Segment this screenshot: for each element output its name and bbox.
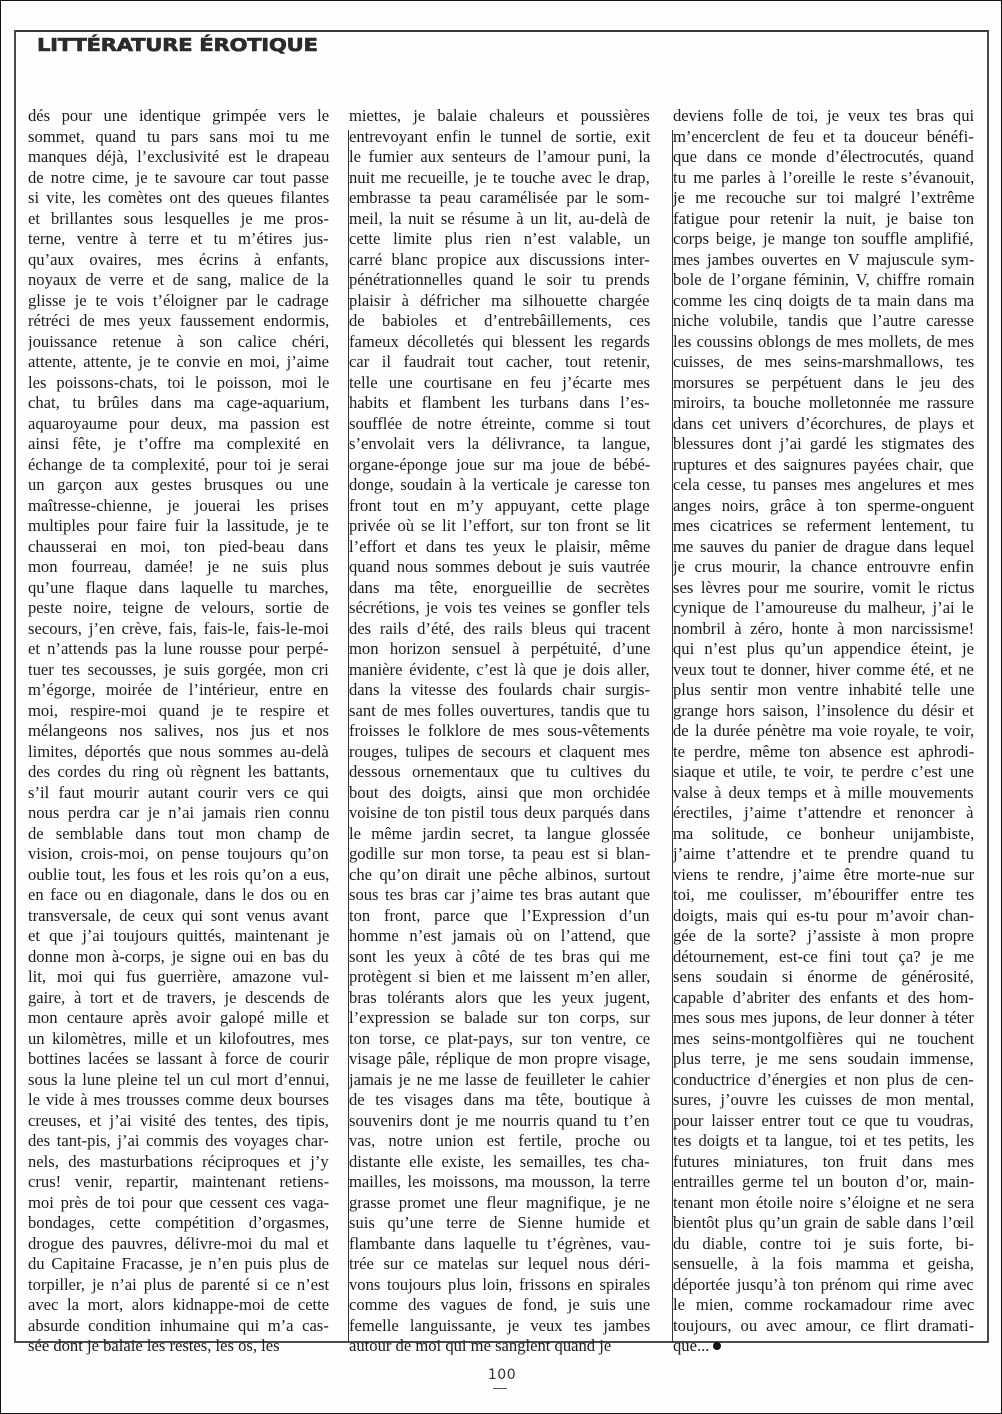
text-line: donge, soudain à la verticale je caresse… xyxy=(349,475,650,496)
text-line: et n’attends pas la lune rousse pour per… xyxy=(28,639,329,660)
text-line: sée dont je balaie les restes, les os, l… xyxy=(28,1336,329,1357)
text-line: sures, j’ouvre les cuisses de mon mental… xyxy=(673,1090,974,1111)
text-line: manière évidente, c’est là que je dois a… xyxy=(349,660,650,681)
text-line: sous tes bras car j’aime tes bras autant… xyxy=(349,885,650,906)
text-line: torpiller, je n’ai plus de parenté si ce… xyxy=(28,1275,329,1296)
text-line: mes jambes ouvertes en V majuscule sym- xyxy=(673,250,974,271)
text-line: les poissons-chats, toi le poisson, moi … xyxy=(28,373,329,394)
text-line: échange de ta complexité, pour toi je se… xyxy=(28,455,329,476)
text-line: rouges, tulipes de secours et claquent m… xyxy=(349,742,650,763)
text-line: que dans ce monde d’électrocutés, quand xyxy=(673,147,974,168)
text-line: entrevoyant enfin le tunnel de sortie, e… xyxy=(349,127,650,148)
text-line: godille sur mon torse, ta peau est si bl… xyxy=(349,844,650,865)
text-line: deviens folle de toi, je veux tes bras q… xyxy=(673,106,974,127)
text-line: niche volubile, tandis que l’autre cares… xyxy=(673,311,974,332)
text-line: vons toujours plus loin, frissons en spi… xyxy=(349,1275,650,1296)
text-line: siaque et utile, te voir, te perdre c’es… xyxy=(673,762,974,783)
text-line: drogue des pauvres, délivre-moi du mal e… xyxy=(28,1234,329,1255)
text-line: tenant mon étoile noire s’éloigne et ne … xyxy=(673,1193,974,1214)
text-line: trée sur ce matelas sur lequel nous déri… xyxy=(349,1254,650,1275)
text-line: creuses, et j’ai visité des tentes, des … xyxy=(28,1111,329,1132)
text-line: miroirs, ta bouche molletonnée me rassur… xyxy=(673,393,974,414)
text-line: manques déjà, l’exclusivité est le drape… xyxy=(28,147,329,168)
text-line: donne mon à-corps, je signe oui en bas d… xyxy=(28,947,329,968)
text-line: bras tolérants alors que les yeux jugent… xyxy=(349,988,650,1009)
text-line: gaire, à tort et de travers, je descends… xyxy=(28,988,329,1009)
text-line: cynique de l’amoureuse du malheur, j’ai … xyxy=(673,598,974,619)
text-line: sont les yeux à côté de tes bras qui me xyxy=(349,947,650,968)
text-line: de notre cime, je te savoure car tout pa… xyxy=(28,168,329,189)
text-line: des cordes du ring où règnent les battan… xyxy=(28,762,329,783)
magazine-page: Littérature érotique dés pour une identi… xyxy=(0,0,1002,1414)
text-line: glisse je te vois t’éloigner par le cadr… xyxy=(28,291,329,312)
text-line: miettes, je balaie chaleurs et poussière… xyxy=(349,106,650,127)
text-line: chat, tu brûles dans ma cage-aquarium, xyxy=(28,393,329,414)
text-line: crus! venir, repartir, maintenant retien… xyxy=(28,1172,329,1193)
text-line: ainsi fête, je t’offre ma complexité en xyxy=(28,434,329,455)
text-line: moi près de toi pour que cessent ces vag… xyxy=(28,1193,329,1214)
text-line: sant de mes folles ouvertures, tandis qu… xyxy=(349,701,650,722)
text-line: secours, j’en crève, fais, fais-le, fais… xyxy=(28,619,329,640)
text-line: tuer tes secousses, je suis gorgée, mon … xyxy=(28,660,329,681)
text-line: jamais je ne me lasse de feuilleter le c… xyxy=(349,1070,650,1091)
text-line: mélangeons nos salives, nos jus et nos xyxy=(28,721,329,742)
text-line: plaisir à défricher ma silhouette chargé… xyxy=(349,291,650,312)
text-line: je me recouche sur toi malgré l’extrême xyxy=(673,188,974,209)
text-line: tu me parles à l’oreille le reste s’évan… xyxy=(673,168,974,189)
text-line: nuit me recueille, je te touche avec le … xyxy=(349,168,650,189)
text-line: de la durée pénètre ma voie royale, te v… xyxy=(673,721,974,742)
text-line: conductrice d’énergies et non plus de ce… xyxy=(673,1070,974,1091)
text-line: protègent si bien et me laissent m’en al… xyxy=(349,967,650,988)
text-line: de semblable dans tout mon champ de xyxy=(28,824,329,845)
text-line: un garçon aux gestes brusques ou une xyxy=(28,475,329,496)
text-line: nombril à zéro, honte à mon narcissisme! xyxy=(673,619,974,640)
text-line: de babioles et d’entrebâillements, ces xyxy=(349,311,650,332)
text-line: du diable, contre toi je suis forte, bi- xyxy=(673,1234,974,1255)
text-line: grange hors saison, l’insolence du désir… xyxy=(673,701,974,722)
text-line: nous perdra car je n’ai jamais rien conn… xyxy=(28,803,329,824)
text-line: du Capitaine Fracasse, je n’en puis plus… xyxy=(28,1254,329,1275)
text-line: flambante dans laquelle tu t’égrènes, va… xyxy=(349,1234,650,1255)
text-line: noyaux de verre et de sang, malice de la xyxy=(28,270,329,291)
text-line: qu’une flaque dans laquelle tu marches, xyxy=(28,578,329,599)
text-line: comme les cinq doigts de ta main dans ma xyxy=(673,291,974,312)
text-line: lit, moi qui fus guerrière, amazone vul- xyxy=(28,967,329,988)
text-column-2: miettes, je balaie chaleurs et poussière… xyxy=(349,106,650,1357)
text-column-3: deviens folle de toi, je veux tes bras q… xyxy=(673,106,974,1357)
text-line: sens soudain si énorme de générosité, xyxy=(673,967,974,988)
text-line: me sauves du panier de drague dans leque… xyxy=(673,537,974,558)
text-line: mon centaure après avoir galopé mille et xyxy=(28,1008,329,1029)
text-line: rétréci de mes yeux faussement endormis, xyxy=(28,311,329,332)
text-line: valse à deux temps et à mille mouvements xyxy=(673,783,974,804)
text-line: viens te rendre, j’aime être morte-nue s… xyxy=(673,865,974,886)
text-line: érectiles, j’aime t’attendre et renoncer… xyxy=(673,803,974,824)
text-line: fameux décolletés qui blessent les regar… xyxy=(349,332,650,353)
text-line: qu’aux ovaires, mes écrins à enfants, xyxy=(28,250,329,271)
text-line: vision, crois-moi, on pense toujours qu’… xyxy=(28,844,329,865)
text-line: bole de l’organe féminin, V, chiffre rom… xyxy=(673,270,974,291)
text-line: che qu’on dirait une pêche albinos, surt… xyxy=(349,865,650,886)
text-line: mon horizon sensuel à perpétuité, d’une xyxy=(349,639,650,660)
text-line: les coussins oblongs de mes mollets, de … xyxy=(673,332,974,353)
text-line: mes sous mes jupons, de leur donner à té… xyxy=(673,1008,974,1029)
text-line: maîtresse-chienne, je jouerai les prises xyxy=(28,496,329,517)
text-line: l’expression se balade sur ton corps, su… xyxy=(349,1008,650,1029)
text-line: grasse promet une fleur magnifique, je n… xyxy=(349,1193,650,1214)
end-of-article-bullet-icon xyxy=(713,1342,721,1350)
text-line: dans cet univers d’écorchures, de plays … xyxy=(673,414,974,435)
text-line: quand nous sommes debout je suis vautrée xyxy=(349,557,650,578)
text-line: limites, déportés que nous sommes au-del… xyxy=(28,742,329,763)
text-line: le vide à mes trousses comme deux bourse… xyxy=(28,1090,329,1111)
text-line: bottines lacées se lassant à force de co… xyxy=(28,1049,329,1070)
article-columns: dés pour une identique grimpée vers leso… xyxy=(28,106,978,1341)
text-line: cuisses, de mes seins-marshmallows, tes xyxy=(673,352,974,373)
text-line: aquaroyaume pour deux, ma passion est xyxy=(28,414,329,435)
page-number: 100 xyxy=(1,1367,1002,1383)
text-line: doigts, mais qui es-tu pour m’avoir chan… xyxy=(673,906,974,927)
text-line: tes doigts et ta langue, toi et tes peti… xyxy=(673,1131,974,1152)
text-line: jouissance retenue à son calice chéri, xyxy=(28,332,329,353)
text-line: détournement, est-ce fini tout ça? je me xyxy=(673,947,974,968)
text-line: ruptures et des saignures payées chair, … xyxy=(673,455,974,476)
text-line: chausserai en moi, ton pied-beau dans xyxy=(28,537,329,558)
text-line: futures miniatures, ton fruit dans mes xyxy=(673,1152,974,1173)
text-line: mailles, les moissons, ma mousson, la te… xyxy=(349,1172,650,1193)
text-line: qui n’est plus qu’un appendice éteint, j… xyxy=(673,639,974,660)
text-line: plus terre, je me sens soudain immense, xyxy=(673,1049,974,1070)
text-line: homme n’est jamais où on l’attend, que xyxy=(349,926,650,947)
text-line: dans la vitesse des foulards chair surgi… xyxy=(349,680,650,701)
text-line: suis qu’une terre de Sienne humide et xyxy=(349,1213,650,1234)
text-line: vas, notre union est fertile, proche ou xyxy=(349,1131,650,1152)
text-line: je crus mourir, la chance entrouvre enfi… xyxy=(673,557,974,578)
text-line: le fumier aux senteurs de l’amour puni, … xyxy=(349,147,650,168)
text-line: voisine de ton pistil tous deux parqués … xyxy=(349,803,650,824)
text-line: pour laisser entrer tout ce que tu voudr… xyxy=(673,1111,974,1132)
section-title: Littérature érotique xyxy=(37,35,318,56)
text-line: ton torse, ce plat-pays, sur ton ventre,… xyxy=(349,1029,650,1050)
text-line: mon fourreau, damée! je ne suis plus xyxy=(28,557,329,578)
text-line: cela cesse, tu panses mes angelures et m… xyxy=(673,475,974,496)
text-line: sous la lune pleine tel un cul mort d’en… xyxy=(28,1070,329,1091)
text-line: terne, ventre à terre et tu m’étires jus… xyxy=(28,229,329,250)
text-line: dessous ornementaux que tu cultives du xyxy=(349,762,650,783)
text-line: sommet, quand tu pars sans moi tu me xyxy=(28,127,329,148)
text-line: morsures se perpétuent dans le jeu des xyxy=(673,373,974,394)
text-line: en face ou en diagonale, dans le dos ou … xyxy=(28,885,329,906)
text-line: distante elle existe, les semailles, tes… xyxy=(349,1152,650,1173)
text-line: mes seins-montgolfières qui ne touchent xyxy=(673,1029,974,1050)
text-line: transversale, de ceux qui sont venus ava… xyxy=(28,906,329,927)
text-line: avec la mort, alors kidnappe-moi de cett… xyxy=(28,1295,329,1316)
text-line: moi, respire-moi quand je te respire et xyxy=(28,701,329,722)
text-line: m’égorge, moirée de l’intérieur, entre e… xyxy=(28,680,329,701)
text-line: si vite, les comètes ont des queues fila… xyxy=(28,188,329,209)
text-line: te perdre, même ton absence est aphrodi- xyxy=(673,742,974,763)
text-column-1: dés pour une identique grimpée vers leso… xyxy=(28,106,329,1357)
text-line: ses lèvres pour me sourire, vomit le ric… xyxy=(673,578,974,599)
text-line: froisses le folklore de mes sous-vêtemen… xyxy=(349,721,650,742)
text-line: peste noire, teigne de velours, sortie d… xyxy=(28,598,329,619)
text-line: fatigue pour retenir la nuit, je baise t… xyxy=(673,209,974,230)
text-line: blessures dont j’ai gardé les stigmates … xyxy=(673,434,974,455)
text-line: front tout en m’y appuyant, cette plage xyxy=(349,496,650,517)
text-line: capable d’abriter des enfants et des hom… xyxy=(673,988,974,1009)
article-frame: Littérature érotique dés pour une identi… xyxy=(14,30,989,1343)
text-line: que... xyxy=(673,1336,974,1357)
text-line: souvenirs dont je me nourris quand tu t’… xyxy=(349,1111,650,1132)
text-line: attente, attente, je te convie en moi, j… xyxy=(28,352,329,373)
text-line: autour de moi qui me sanglent quand je xyxy=(349,1336,650,1357)
text-line: dans ma tête, enorgueillie de secrètes xyxy=(349,578,650,599)
text-line: anges noirs, grâce à ton sperme-onguent xyxy=(673,496,974,517)
text-line: des tant-pis, j’ai commis des voyages ch… xyxy=(28,1131,329,1152)
text-line: cette limite plus rien n’est valable, un xyxy=(349,229,650,250)
text-line: habits et flambent les turbans dans l’es… xyxy=(349,393,650,414)
text-line: meil, la nuit se résume à un lit, au-del… xyxy=(349,209,650,230)
text-line: toujours, ou avec amour, ce flirt dramat… xyxy=(673,1316,974,1337)
text-line: visage pâle, réplique de mon propre visa… xyxy=(349,1049,650,1070)
text-line: femelle languissante, je veux tes jambes xyxy=(349,1316,650,1337)
text-line: soufflée de notre étreinte, comme si tou… xyxy=(349,414,650,435)
text-line: ton front, parce que l’Expression d’un xyxy=(349,906,650,927)
text-line: s’il faut mourir autant courir vers ce q… xyxy=(28,783,329,804)
text-line: bout des doigts, ainsi que mon orchidée xyxy=(349,783,650,804)
text-line: des rails d’été, des rails bleus qui tra… xyxy=(349,619,650,640)
text-line: et que j’ai toujours quittés, maintenant… xyxy=(28,926,329,947)
text-line: oublie tout, les fous et les rois qu’on … xyxy=(28,865,329,886)
text-line: bientôt plus qu’un grain de sable dans l… xyxy=(673,1213,974,1234)
text-line: telle une courtisane en feu j’écarte mes xyxy=(349,373,650,394)
text-line: veux tout te donner, hiver comme été, et… xyxy=(673,660,974,681)
text-line: de tes visages dans ma tête, boutique à xyxy=(349,1090,650,1111)
text-line: plus sentir mon ventre inhabité telle un… xyxy=(673,680,974,701)
text-line: déportée jusqu’à ton prénom qui rime ave… xyxy=(673,1275,974,1296)
text-line: sécrétions, je vois tes veines se gonfle… xyxy=(349,598,650,619)
text-line: comme des vagues de fond, je suis une xyxy=(349,1295,650,1316)
text-line: organe-éponge joue sur ma joue de bébé- xyxy=(349,455,650,476)
text-line: s’envolait vers la délivrance, ta langue… xyxy=(349,434,650,455)
text-line: sensuelle, à la fois mamma et geisha, xyxy=(673,1254,974,1275)
page-number-underline xyxy=(493,1388,507,1389)
text-line: un kilomètres, mille et un kilofoutres, … xyxy=(28,1029,329,1050)
text-line: nels, des masturbations réciproques et j… xyxy=(28,1152,329,1173)
text-line: embrasse ta peau caramélisée par le som- xyxy=(349,188,650,209)
text-line: le mien, comme rockamadour rime avec xyxy=(673,1295,974,1316)
text-line: carré blanc propice aux discussions inte… xyxy=(349,250,650,271)
text-line: m’encerclent de feu et ta douceur bénéfi… xyxy=(673,127,974,148)
text-line: dés pour une identique grimpée vers le xyxy=(28,106,329,127)
text-line: j’aime t’attendre et te prendre quand tu xyxy=(673,844,974,865)
text-line: gée de la sorte? j’assiste à mon propre xyxy=(673,926,974,947)
text-line: mes cicatrices se referment lentement, t… xyxy=(673,516,974,537)
text-line: privée où se lit l’effort, sur ton front… xyxy=(349,516,650,537)
text-line: le même jardin secret, ta langue glossée xyxy=(349,824,650,845)
text-line: multiples pour faire fuir la lassitude, … xyxy=(28,516,329,537)
text-line: entrailles germe tel un bouton d’or, mai… xyxy=(673,1172,974,1193)
text-line: ma solitude, ce bonheur unijambiste, xyxy=(673,824,974,845)
text-line: corps beige, je mange ton souffle amplif… xyxy=(673,229,974,250)
text-line: toi, me coulisser, m’ébouriffer entre te… xyxy=(673,885,974,906)
text-line: et brillantes sous lesquelles je me pros… xyxy=(28,209,329,230)
text-line: bondages, cette compétition d’orgasmes, xyxy=(28,1213,329,1234)
text-line: l’effort et dans tes yeux le plaisir, mê… xyxy=(349,537,650,558)
text-line: absurde condition inhumaine qui m’a cas- xyxy=(28,1316,329,1337)
text-line: pénétrationnelles quand le soir tu prend… xyxy=(349,270,650,291)
text-line: car il faudrait tout cacher, tout reteni… xyxy=(349,352,650,373)
